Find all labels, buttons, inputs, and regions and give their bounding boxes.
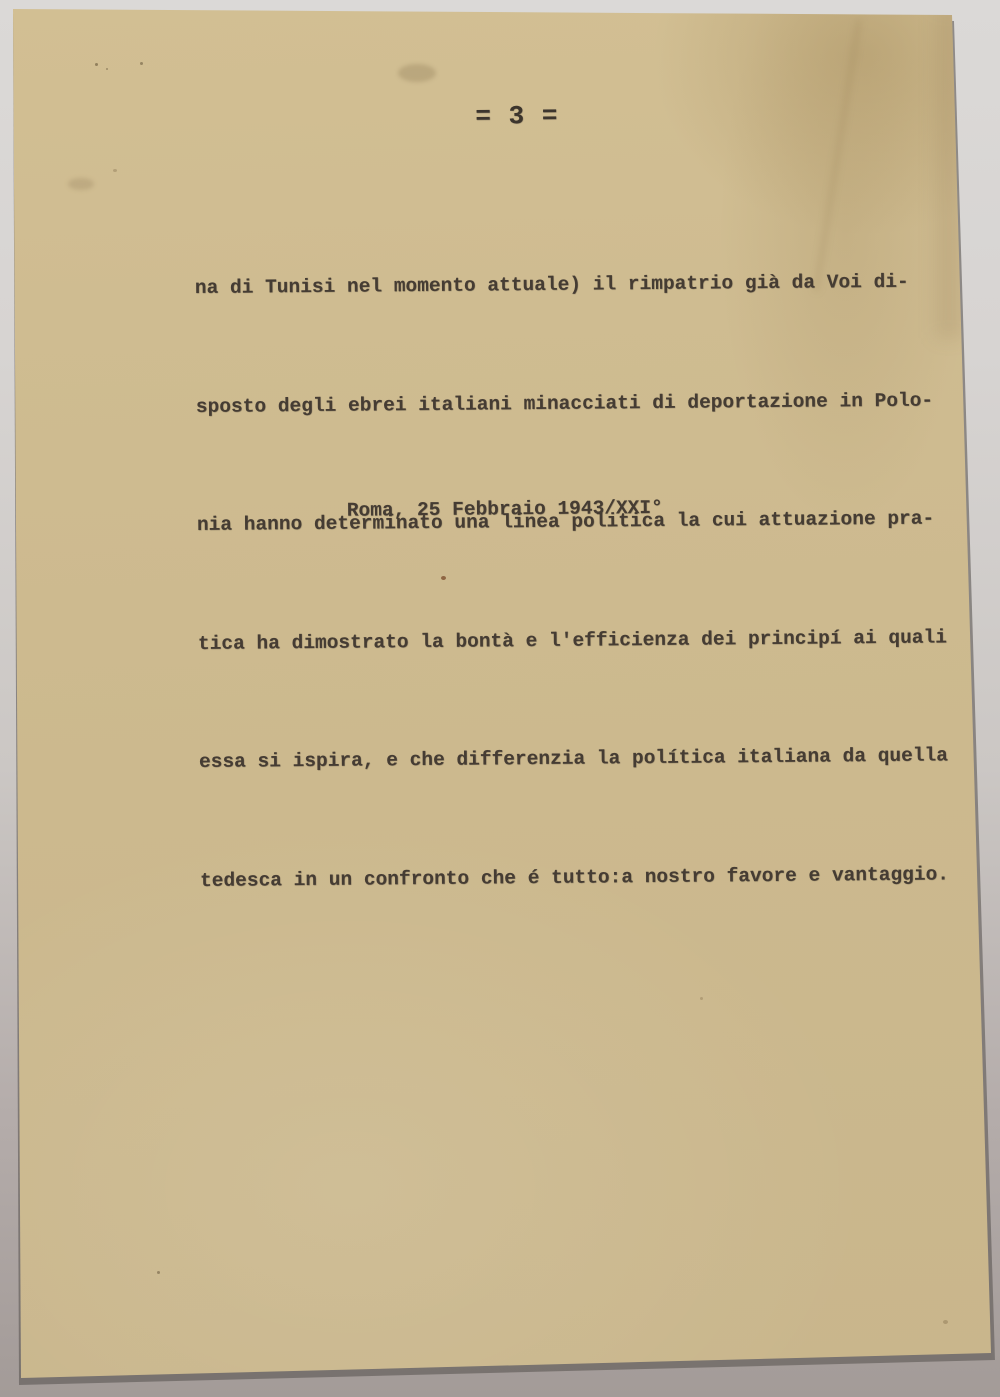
body-line: essa si ispira, e che differenzia la pol… xyxy=(199,736,969,782)
scan-background: = 3 = na di Tunisi nel momento attuale) … xyxy=(0,0,1000,1397)
body-line: sposto degli ebrei italiani minacciati d… xyxy=(196,381,966,427)
body-line: tica ha dimostrato la bontà e l'efficien… xyxy=(198,618,968,664)
document-page: = 3 = na di Tunisi nel momento attuale) … xyxy=(0,0,1000,1397)
dateline: Roma, 25 Febbraio 1943/XXI° xyxy=(347,496,663,523)
typed-content: = 3 = na di Tunisi nel momento attuale) … xyxy=(0,0,1000,1397)
body-line: tedesca in un confronto che é tutto:a no… xyxy=(200,855,970,901)
body-line: na di Tunisi nel momento attuale) il rim… xyxy=(195,262,965,308)
page-number: = 3 = xyxy=(475,101,558,132)
document-body: na di Tunisi nel momento attuale) il rim… xyxy=(194,183,971,980)
